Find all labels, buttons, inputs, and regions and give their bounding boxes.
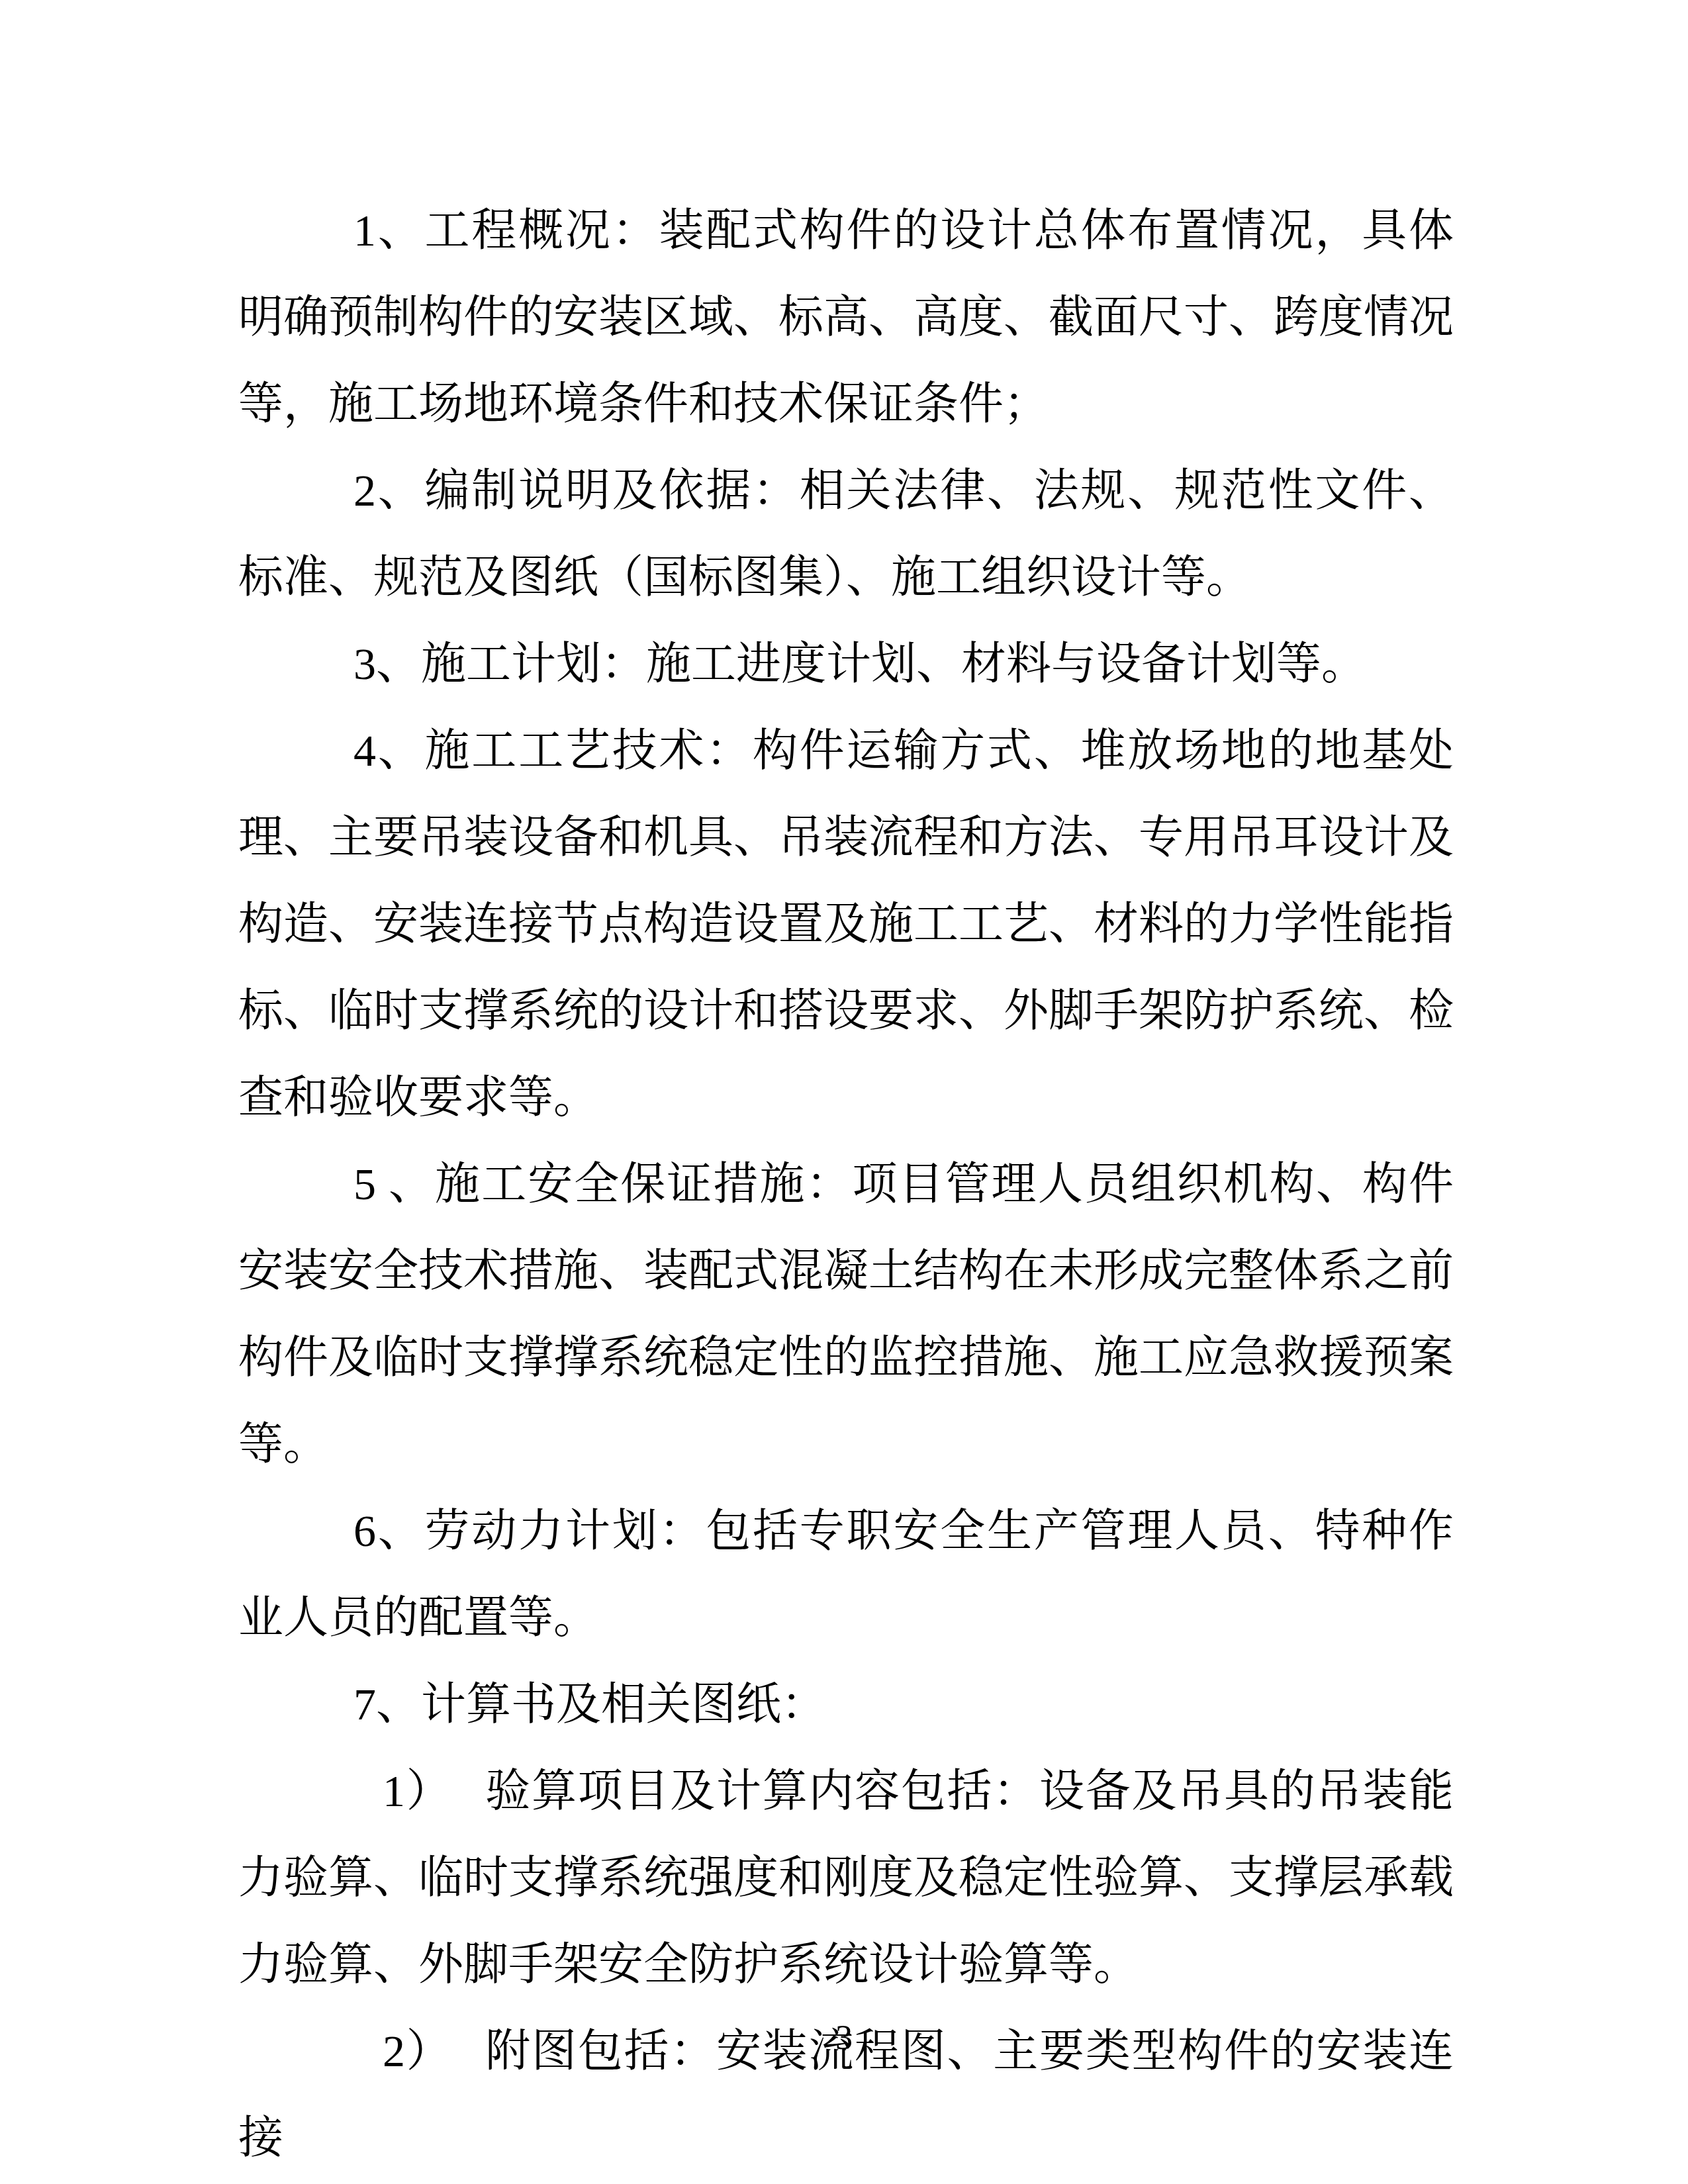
paragraph-item-4: 4、施工工艺技术：构件运输方式、堆放场地的地基处理、主要吊装设备和机具、吊装流程… bbox=[238, 707, 1454, 1141]
paragraph-subitem-1: 1）验算项目及计算内容包括：设备及吊具的吊装能力验算、临时支撑系统强度和刚度及稳… bbox=[238, 1748, 1454, 2008]
paragraph-item-2: 2、编制说明及依据：相关法律、法规、规范性文件、标准、规范及图纸（国标图集）、施… bbox=[238, 447, 1454, 621]
subitem-1-number: 1） bbox=[383, 1766, 452, 1816]
paragraph-item-5: 5 、施工安全保证措施：项目管理人员组织机构、构件安装安全技术措施、装配式混凝土… bbox=[238, 1141, 1454, 1488]
paragraph-item-6: 6、劳动力计划：包括专职安全生产管理人员、特种作业人员的配置等。 bbox=[238, 1488, 1454, 1661]
page-number: 3 bbox=[0, 2019, 1688, 2058]
paragraph-item-7: 7、计算书及相关图纸： bbox=[238, 1661, 1454, 1748]
paragraph-item-3: 3、施工计划：施工进度计划、材料与设备计划等。 bbox=[238, 621, 1454, 707]
document-page: 1、工程概况：装配式构件的设计总体布置情况，具体明确预制构件的安装区域、标高、高… bbox=[0, 0, 1688, 2184]
document-body: 1、工程概况：装配式构件的设计总体布置情况，具体明确预制构件的安装区域、标高、高… bbox=[238, 187, 1454, 2181]
paragraph-item-1: 1、工程概况：装配式构件的设计总体布置情况，具体明确预制构件的安装区域、标高、高… bbox=[238, 187, 1454, 447]
